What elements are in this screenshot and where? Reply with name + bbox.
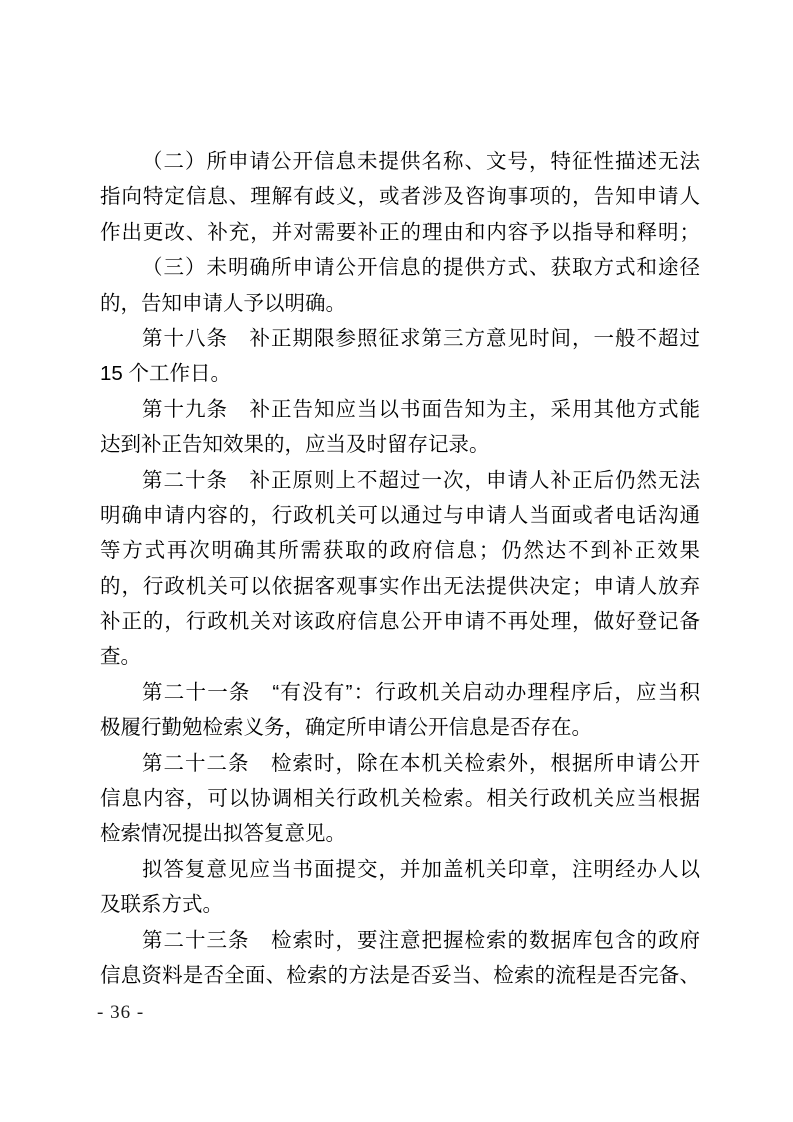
text-line: 及联系方式。	[100, 887, 700, 922]
text-line: （三）未明确所申请公开信息的提供方式、获取方式和途径	[100, 250, 700, 285]
document-page: （二）所申请公开信息未提供名称、文号，特征性描述无法 指向特定信息、理解有歧义，…	[0, 0, 793, 1122]
text-line: 第十八条 补正期限参照征求第三方意见时间，一般不超过	[100, 321, 700, 356]
text-line: 达到补正告知效果的，应当及时留存记录。	[100, 427, 700, 462]
text-line: 第二十二条 检索时，除在本机关检索外，根据所申请公开	[100, 746, 700, 781]
text-line: 第二十三条 检索时，要注意把握检索的数据库包含的政府	[100, 923, 700, 958]
text-line: 作出更改、补充，并对需要补正的理由和内容予以指导和释明；	[100, 215, 700, 250]
text-line: 极履行勤勉检索义务，确定所申请公开信息是否存在。	[100, 710, 700, 745]
document-body: （二）所申请公开信息未提供名称、文号，特征性描述无法 指向特定信息、理解有歧义，…	[100, 144, 700, 993]
text-line: 的，行政机关可以依据客观事实作出无法提供决定；申请人放弃	[100, 569, 700, 604]
text-line: 指向特定信息、理解有歧义，或者涉及咨询事项的，告知申请人	[100, 179, 700, 214]
text-line: 明确申请内容的，行政机关可以通过与申请人当面或者电话沟通	[100, 498, 700, 533]
text-line: 15 个工作日。	[100, 356, 700, 391]
text-line: 信息内容，可以协调相关行政机关检索。相关行政机关应当根据	[100, 781, 700, 816]
text-line: 第二十条 补正原则上不超过一次，申请人补正后仍然无法	[100, 463, 700, 498]
text-line: 第十九条 补正告知应当以书面告知为主，采用其他方式能	[100, 392, 700, 427]
text-line: 检索情况提出拟答复意见。	[100, 816, 700, 851]
text-line: 拟答复意见应当书面提交，并加盖机关印章，注明经办人以	[100, 852, 700, 887]
text-line: 等方式再次明确其所需获取的政府信息；仍然达不到补正效果	[100, 533, 700, 568]
text-line: 第二十一条 “有没有”：行政机关启动办理程序后，应当积	[100, 675, 700, 710]
text-line: 补正的，行政机关对该政府信息公开申请不再处理，做好登记备	[100, 604, 700, 639]
text-line: 查。	[100, 639, 700, 674]
text-line: （二）所申请公开信息未提供名称、文号，特征性描述无法	[100, 144, 700, 179]
text-line: 的，告知申请人予以明确。	[100, 286, 700, 321]
page-number: - 36 -	[97, 1002, 144, 1024]
text-line: 信息资料是否全面、检索的方法是否妥当、检索的流程是否完备、	[100, 958, 700, 993]
